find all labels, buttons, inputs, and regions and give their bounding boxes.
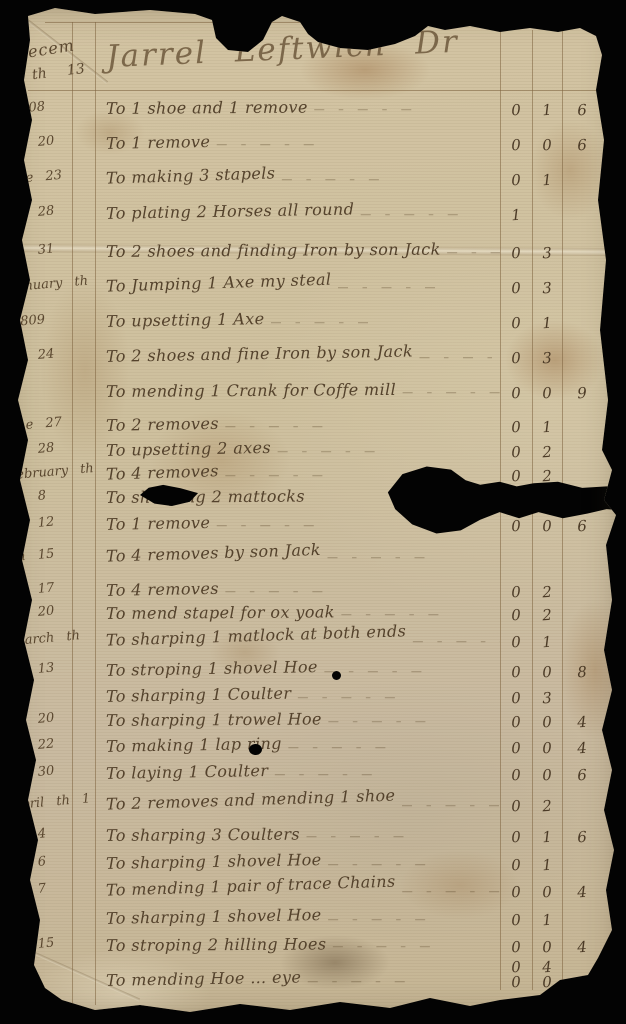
- amount-shillings: 1: [531, 854, 562, 876]
- entry-date: th 20: [0, 601, 96, 622]
- amount-pence: [562, 277, 602, 280]
- entry-description: To sharping 1 Coulter: [96, 685, 292, 706]
- amount-pence: [562, 687, 602, 690]
- amount-pounds: 0: [499, 764, 532, 786]
- entry-description: To upsetting 2 axes: [96, 439, 271, 460]
- entry-date: th 22: [0, 734, 96, 755]
- dash-leader: — – — – —: [321, 548, 500, 568]
- entry-date: th 15: [0, 933, 96, 954]
- amount-pounds: 0: [499, 382, 532, 404]
- amount-pence: 9: [561, 971, 602, 994]
- amount-pounds: 0: [499, 312, 532, 334]
- ledger-row: th 15To 4 removes by son Jack— – — – —: [0, 548, 602, 572]
- amount-shillings: 0: [531, 661, 562, 683]
- entry-description: To mending Hoe … eye: [96, 968, 302, 990]
- amount-pounds: 0: [499, 661, 532, 683]
- entry-description: To upsetting 1 Axe: [96, 310, 265, 331]
- amount-shillings: 3: [531, 687, 562, 709]
- dash-leader: — – — – —: [413, 348, 500, 368]
- amount-pounds: 0: [499, 826, 532, 848]
- amount-pence: [562, 242, 602, 245]
- header-rule-top: [45, 22, 310, 23]
- amount-pence: [562, 795, 602, 798]
- amount-pence: 4: [561, 737, 602, 760]
- amount-pounds: 0: [499, 169, 532, 191]
- entry-date: th 30: [0, 761, 96, 782]
- ledger-row: To sharping 1 shovel Hoe— – — – —01: [0, 910, 602, 934]
- amount-pence: [562, 581, 602, 584]
- amount-shillings: 3: [531, 242, 562, 264]
- amount-shillings: 1: [531, 631, 562, 653]
- entry-description: To sharping 2 mattocks: [96, 488, 305, 507]
- amount-shillings: 1: [531, 416, 562, 438]
- ledger-row: 1809To upsetting 1 Axe— – — – —01: [0, 313, 602, 337]
- amount-shillings: 2: [531, 795, 562, 817]
- entry-description: To 4 removes: [96, 462, 219, 484]
- amount-shillings: 3: [531, 347, 562, 369]
- entry-description: To mending 1 Crank for Coffe mill: [96, 381, 396, 401]
- entry-date: th 28: [0, 438, 96, 459]
- amount-shillings: 0: [531, 881, 562, 903]
- amount-shillings: 1: [531, 909, 562, 931]
- entry-description: To sharping 3 Coulters: [96, 826, 300, 845]
- amount-shillings: 2: [531, 604, 562, 626]
- entry-date: 1808: [0, 96, 96, 117]
- entry-date: th 15: [0, 544, 96, 565]
- entry-date: th 20: [0, 708, 96, 729]
- amount-pounds: 0: [499, 881, 532, 903]
- entry-date: th 12: [0, 512, 96, 533]
- entry-date: th 20: [0, 131, 96, 152]
- entry-description: To stroping 2 hilling Hoes: [96, 935, 327, 955]
- ledger-row: 1808To 1 shoe and 1 remove— – — – —016: [0, 100, 602, 124]
- amount-pounds: 0: [499, 99, 532, 121]
- amount-pounds: 0: [499, 581, 532, 603]
- entry-date: th 28: [0, 201, 96, 222]
- amount-pounds: 0: [499, 604, 532, 626]
- dash-leader: — – — – —: [275, 170, 500, 190]
- amount-shillings: [532, 547, 562, 549]
- amount-pounds: 0: [499, 687, 532, 709]
- amount-pounds: 0: [499, 631, 532, 653]
- amount-pence: [562, 465, 602, 468]
- ledger-row: th 30To laying 1 Coulter— – — – —006: [0, 765, 602, 789]
- dash-leader: — – — – —: [210, 135, 500, 155]
- amount-pence: 6: [561, 515, 602, 538]
- amount-shillings: 0: [531, 515, 562, 537]
- entry-date: th 6: [0, 851, 96, 872]
- entry-description: To sharping 1 shovel Hoe: [96, 851, 322, 873]
- amount-shillings: [532, 204, 562, 206]
- amount-pounds: 0: [499, 737, 532, 759]
- ledger-row: th 13To stroping 1 shovel Hoe— – — – —00…: [0, 662, 602, 686]
- amount-pence: [562, 416, 602, 419]
- amount-pence: [562, 547, 602, 550]
- entry-date: the 27: [0, 413, 96, 434]
- amount-shillings: 1: [531, 312, 562, 334]
- dash-leader: — – — – —: [282, 738, 500, 758]
- entry-description: To 2 removes: [96, 415, 219, 435]
- dash-leader: — – — – —: [322, 910, 500, 930]
- entry-description: To plating 2 Horses all round: [96, 200, 355, 223]
- amount-pence: 6: [561, 99, 602, 122]
- amount-shillings: 0: [531, 936, 562, 958]
- amount-pence: 4: [561, 711, 602, 734]
- amount-shillings: 1: [531, 169, 562, 191]
- dash-leader: — – — – —: [396, 383, 500, 403]
- dash-leader: — – — – —: [322, 712, 500, 732]
- entry-date: th 7: [0, 878, 96, 899]
- amount-pence: [562, 631, 602, 634]
- amount-shillings: 1: [531, 99, 562, 121]
- dash-leader: — – — – —: [396, 882, 500, 902]
- amount-pence: [562, 441, 602, 444]
- entry-date: th 31: [0, 239, 96, 260]
- dash-leader: — – — – —: [332, 278, 501, 298]
- ledger-row: March th 6To sharping 1 matlock at both …: [0, 632, 602, 656]
- amount-pence: 6: [561, 826, 602, 849]
- amount-pence: [562, 204, 602, 207]
- entry-date: th 24: [0, 344, 96, 365]
- dash-leader: — – — – —: [219, 417, 500, 437]
- ledger-row: th 20To sharping 1 trowel Hoe— – — – —00…: [0, 712, 602, 736]
- entry-date: th 17: [0, 578, 96, 599]
- amount-pounds: 0: [499, 971, 532, 993]
- amount-pounds: 0: [499, 854, 532, 876]
- dash-leader: — – — – —: [322, 855, 500, 875]
- photo-stage: Decem th 13 Jarrel Leftwich Dr 1808To 1 …: [0, 0, 626, 1024]
- dash-leader: — – — – —: [301, 972, 500, 992]
- ledger-row: th 20To 1 remove— – — – —006: [0, 135, 602, 159]
- amount-pence: [562, 604, 602, 607]
- ink-blot: [249, 744, 262, 755]
- entry-description: To 2 shoes and finding Iron by son Jack: [96, 241, 441, 261]
- amount-pounds: 0: [499, 347, 532, 369]
- amount-pence: 4: [561, 936, 602, 959]
- dash-leader: — – — – —: [406, 632, 500, 652]
- amount-shillings: 0: [531, 764, 562, 786]
- entry-description: To making 3 stapels: [96, 164, 276, 188]
- entry-description: To 1 remove: [96, 133, 211, 153]
- amount-shillings: 0: [531, 134, 562, 156]
- header-rule-bottom: [28, 90, 604, 91]
- amount-shillings: 1: [531, 826, 562, 848]
- ledger-row: th 22To making 1 lap ring— – — – —004: [0, 738, 602, 762]
- amount-shillings: 3: [531, 277, 562, 299]
- dash-leader: — – — – —: [291, 688, 500, 708]
- dash-leader: — – — – —: [326, 937, 500, 957]
- amount-shillings: 0: [531, 382, 562, 404]
- amount-shillings: 0: [531, 971, 562, 993]
- ledger-row: th 24To 2 shoes and fine Iron by son Jac…: [0, 348, 602, 372]
- amount-pounds: 0: [499, 515, 532, 537]
- ledger-row: To mending 1 Crank for Coffe mill— – — –…: [0, 383, 602, 407]
- ledger-row: th 28To plating 2 Horses all round— – — …: [0, 205, 602, 229]
- amount-pence: 6: [561, 764, 602, 787]
- amount-shillings: 0: [531, 737, 562, 759]
- dash-leader: — – — – —: [300, 827, 500, 847]
- amount-pence: [562, 312, 602, 315]
- entry-date: 1809: [0, 309, 96, 330]
- ledger-row: th 4To sharping 3 Coulters— – — – —016: [0, 827, 602, 851]
- dash-leader: — – — – —: [396, 796, 500, 816]
- amount-pence: [562, 909, 602, 912]
- amount-pence: 9: [561, 382, 602, 405]
- entry-description: To sharping 1 shovel Hoe: [96, 906, 322, 928]
- dash-leader: — – — – —: [441, 243, 500, 263]
- entry-description: To 4 removes: [96, 580, 219, 600]
- amount-pounds: 0: [499, 277, 532, 299]
- entry-date: th 13: [0, 658, 96, 679]
- ledger-row: January th 4To Jumping 1 Axe my steal— –…: [0, 278, 602, 302]
- amount-pounds: 0: [499, 936, 532, 958]
- entry-date: th 4: [0, 823, 96, 844]
- ledger-row: th 12To 1 remove— – — – —006: [0, 516, 602, 540]
- entry-description: To sharping 1 trowel Hoe: [96, 710, 322, 730]
- amount-shillings: 2: [531, 581, 562, 603]
- amount-shillings: 0: [531, 711, 562, 733]
- amount-pence: [562, 169, 602, 172]
- entry-date: the 23: [0, 166, 96, 187]
- amount-pounds: 1: [499, 204, 532, 226]
- amount-pounds: 0: [499, 242, 532, 264]
- ink-blot: [332, 671, 341, 680]
- amount-pence: [562, 854, 602, 857]
- dash-leader: — – — – —: [268, 765, 500, 785]
- ledger-row: the 23To making 3 stapels— – — – —01: [0, 170, 602, 194]
- amount-pence: 8: [561, 661, 602, 684]
- dash-leader: — – — – —: [318, 662, 500, 682]
- entry-date: April th 1: [0, 792, 96, 813]
- amount-pounds: [500, 547, 532, 549]
- amount-pounds: 0: [499, 134, 532, 156]
- amount-pounds: 0: [499, 416, 532, 438]
- entry-description: To 1 remove: [96, 514, 211, 534]
- entry-description: To 1 shoe and 1 remove: [96, 99, 308, 118]
- dash-leader: — – — – —: [354, 205, 500, 225]
- dash-leader: — – — – —: [219, 582, 500, 602]
- entry-description: To mend stapel for ox yoak: [96, 603, 335, 623]
- amount-pence: 6: [561, 134, 602, 157]
- entry-description: To laying 1 Coulter: [96, 762, 269, 783]
- entry-description: To 2 shoes and fine Iron by son Jack: [96, 342, 413, 366]
- dash-leader: — – — – —: [265, 313, 501, 333]
- entry-date: th 8: [0, 485, 96, 506]
- amount-pence: 4: [561, 881, 602, 904]
- entry-description: To stroping 1 shovel Hoe: [96, 658, 318, 680]
- amount-pence: [562, 956, 602, 959]
- ledger-row: April th 1To 2 removes and mending 1 sho…: [0, 796, 602, 820]
- amount-pence: [562, 347, 602, 350]
- ledger-row: th 7To mending 1 pair of trace Chains— –…: [0, 882, 602, 906]
- amount-shillings: 2: [531, 441, 562, 463]
- ledger-page: Decem th 13 Jarrel Leftwich Dr 1808To 1 …: [0, 0, 626, 1024]
- ledger-row: th 31To 2 shoes and finding Iron by son …: [0, 243, 602, 267]
- dash-leader: — – — – —: [308, 100, 500, 120]
- ledger-row: To mending Hoe … eye— – — – —009: [0, 972, 602, 996]
- amount-pounds: 0: [499, 441, 532, 463]
- amount-pounds: 0: [499, 711, 532, 733]
- amount-pounds: 0: [499, 909, 532, 931]
- amount-pounds: 0: [499, 795, 532, 817]
- dash-leader: — – — – —: [271, 442, 500, 462]
